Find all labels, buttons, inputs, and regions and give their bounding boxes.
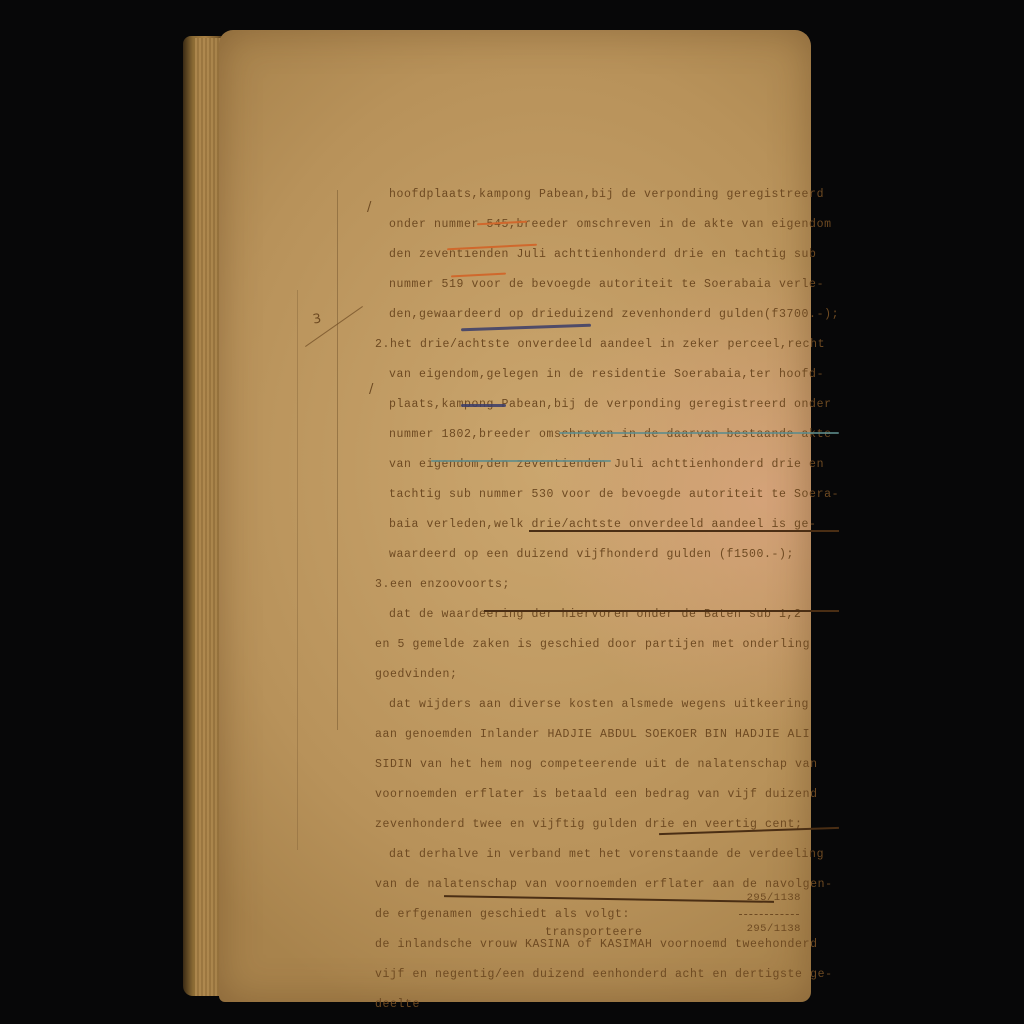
blue-pencil-underline [461, 404, 506, 407]
text-line: aan genoemden Inlander HADJIE ABDUL SOEK… [375, 720, 849, 750]
teal-pencil-underline [559, 432, 839, 434]
transport-row: transporteere [545, 926, 643, 939]
text-line: deelte [375, 990, 849, 1020]
text-line: dat wijders aan diverse kosten alsmede w… [389, 690, 849, 720]
text-line: 2.het drie/achtste onverdeeld aandeel in… [375, 330, 849, 360]
text-line: dat derhalve in verband met het vorensta… [389, 840, 849, 870]
text-line: en 5 gemelde zaken is geschied door part… [375, 630, 849, 660]
text-line: den zeventienden Juli achttienhonderd dr… [389, 240, 849, 270]
text-line: van eigendom,gelegen in de residentie So… [389, 360, 849, 390]
margin-slash-mark-2: / [369, 382, 373, 397]
margin-rule-outer [297, 290, 298, 850]
text-line: baia verleden,welk drie/achtste onverdee… [389, 510, 849, 540]
text-line: hoofdplaats,kampong Pabean,bij de verpon… [389, 180, 849, 210]
margin-slash-mark: / [367, 200, 371, 215]
text-line: den,gewaardeerd op drieduizend zevenhond… [389, 300, 849, 330]
document-page: / 3 / hoofdplaats,kampong Pabean,bij de … [219, 30, 811, 1002]
text-line: dat de waardeering der hiervoren onder d… [389, 600, 849, 630]
bound-ledger: / 3 / hoofdplaats,kampong Pabean,bij de … [183, 30, 815, 1005]
text-line: 3.een enzoovoorts; [375, 570, 849, 600]
margin-rule [337, 190, 338, 730]
text-line: onder nummer 545,breeder omschreven in d… [389, 210, 849, 240]
margin-pencil-numeral: 3 [312, 311, 323, 327]
transport-amount: 295/1138 [747, 923, 801, 935]
text-line: voornoemden erflater is betaald een bedr… [375, 780, 849, 810]
transport-label: transporteere [545, 926, 643, 939]
teal-pencil-underline [431, 460, 611, 462]
text-line: nummer 1802,breeder omschreven in de daa… [389, 420, 849, 450]
text-line: zevenhonderd twee en vijftig gulden drie… [375, 810, 849, 840]
typed-dash-rule [484, 610, 839, 612]
text-line: SIDIN van het hem nog competeerende uit … [375, 750, 849, 780]
typed-dash-rule [529, 530, 839, 532]
text-line: vijf en negentig/een duizend eenhonderd … [375, 960, 849, 990]
share-amount: 295/1138 [747, 892, 801, 904]
text-line: plaats,kampong Pabean,bij de verponding … [389, 390, 849, 420]
text-line: tachtig sub nummer 530 voor de bevoegde … [389, 480, 849, 510]
text-line: waardeerd op een duizend vijfhonderd gul… [389, 540, 849, 570]
text-line: van eigendom,den zeventienden Juli achtt… [389, 450, 849, 480]
sum-divider [739, 914, 799, 915]
text-line: goedvinden; [375, 660, 849, 690]
